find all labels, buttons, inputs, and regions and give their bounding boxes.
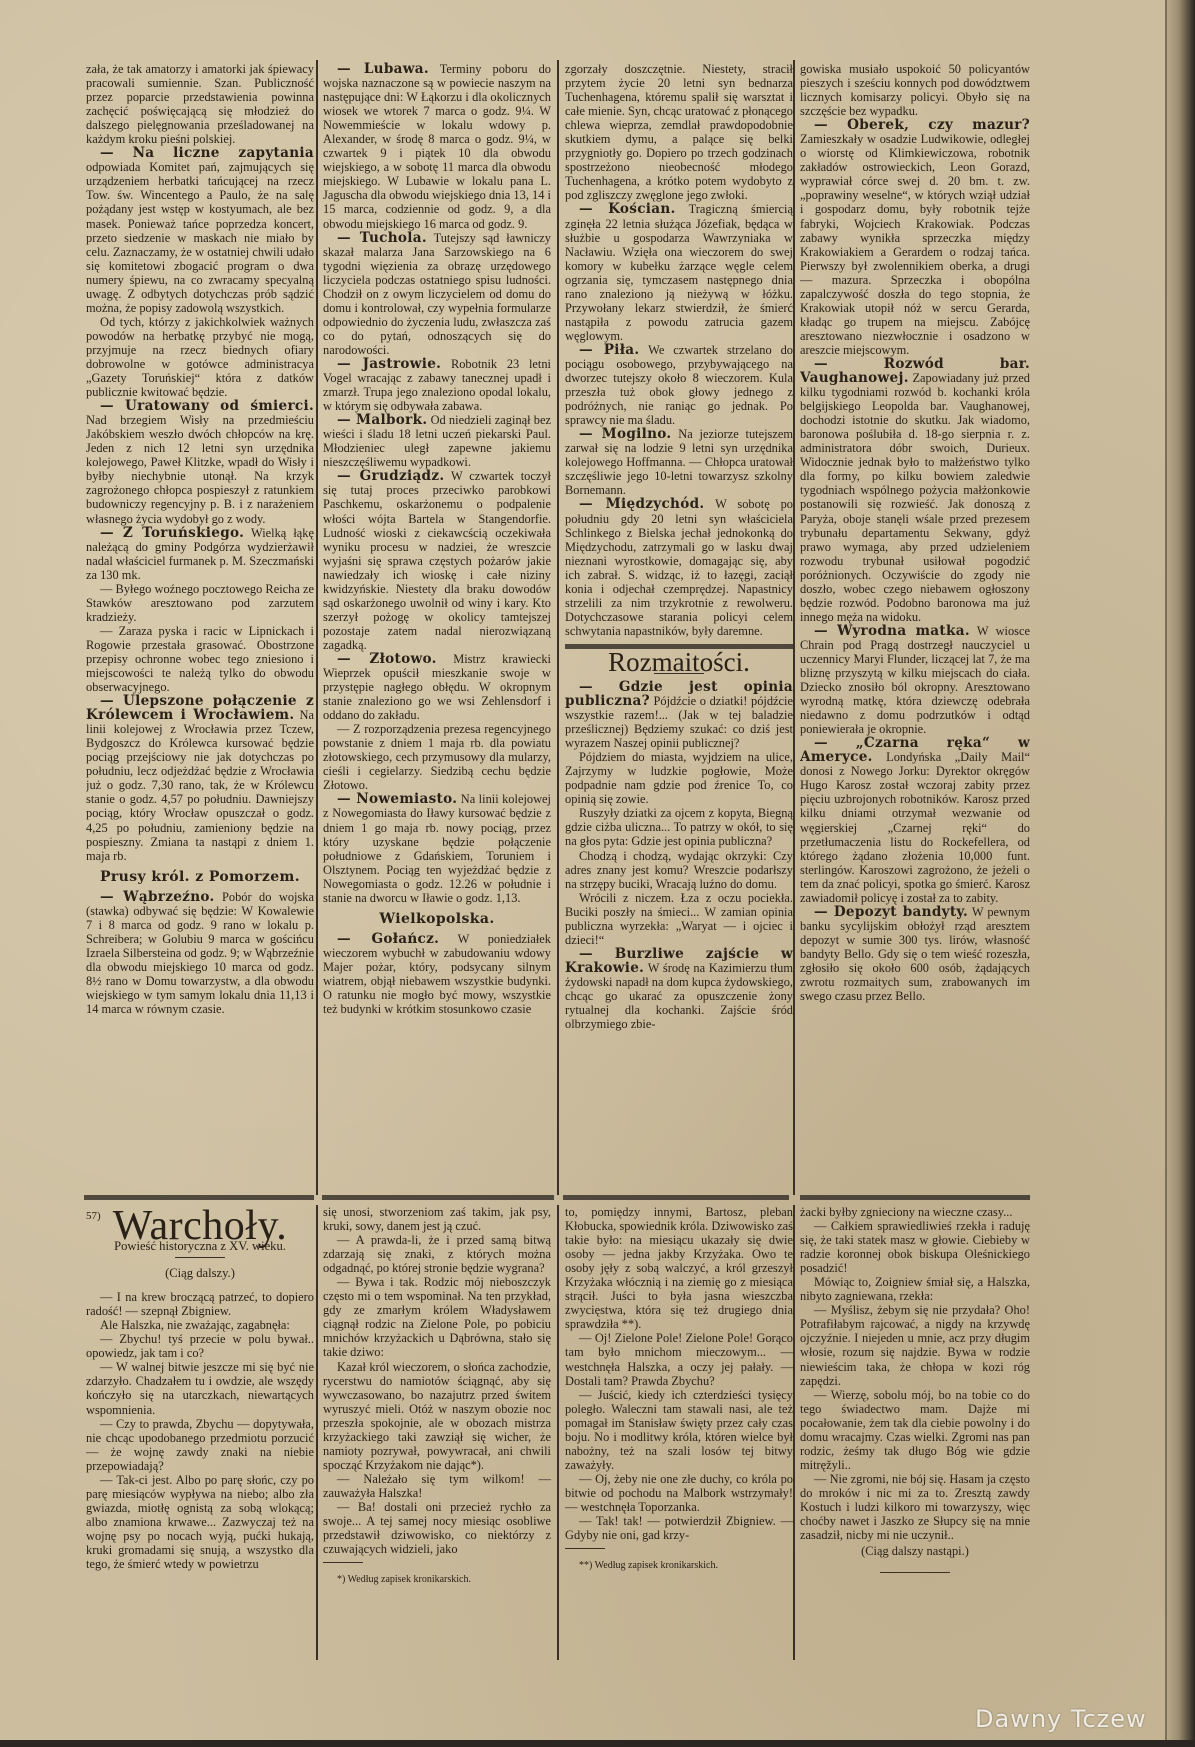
article-paragraph: — Lubawa. Terminy poboru do wojska nazna… bbox=[323, 62, 551, 231]
article-text: Pójdziem do miasta, wyjdziem na ulice, Z… bbox=[565, 750, 793, 806]
article-text: Tragiczną śmiercią zginęła 22 letnia słu… bbox=[565, 202, 793, 342]
article-paragraph: zgorzały doszczętnie. Niestety, stracił … bbox=[565, 62, 793, 202]
novel-continued-label: (Ciąg dalszy.) bbox=[86, 1266, 314, 1280]
article-paragraph: — Gdzie jest opinia publiczna? Pójdźcie … bbox=[565, 680, 793, 750]
section-divider bbox=[800, 1195, 1030, 1200]
novel-paragraph: — Nie zgromi, nie bój się. Hasam ja częs… bbox=[800, 1472, 1030, 1542]
article-text: Tutejszy sąd ławniczy skazał malarza Jan… bbox=[323, 231, 551, 357]
article-heading: — Mogilno. bbox=[579, 426, 671, 442]
novel-paragraph: — Zbychu! tyś przecie w polu bywał.. opo… bbox=[86, 1332, 314, 1360]
news-column-3: zgorzały doszczętnie. Niestety, stracił … bbox=[565, 62, 793, 1192]
novel-column-1: Warchoły. Powieść historyczna z XV. wiek… bbox=[86, 1205, 314, 1665]
article-text: Zamieszkały w osadzie Ludwikowie, odległ… bbox=[800, 132, 1030, 357]
article-paragraph: Pójdziem do miasta, wyjdziem na ulice, Z… bbox=[565, 750, 793, 806]
novel-paragraph: — I na krew broczącą patrzeć, to dopiero… bbox=[86, 1290, 314, 1318]
article-heading: — Na liczne zapytania bbox=[100, 145, 314, 161]
news-column-4: gowiska musiało uspokoić 50 policyantów … bbox=[800, 62, 1030, 1192]
article-paragraph: — Byłego woźnego pocztowego Reicha ze St… bbox=[86, 582, 314, 624]
article-paragraph: — Depozyt bandyty. W pewnym banku sycyli… bbox=[800, 905, 1030, 1003]
novel-paragraph: — W walnej bitwie jeszcze mi się być nie… bbox=[86, 1360, 314, 1416]
article-text: Zapowiadany już przed kilku tygodniami r… bbox=[800, 371, 1030, 624]
novel-paragraph: — Tak-ci jest. Albo po parę słońc, czy p… bbox=[86, 1473, 314, 1571]
article-text: W czwartek toczył się tutaj proces przec… bbox=[323, 469, 551, 652]
novel-paragraph: — Oj! Zielone Pole! Zielone Pole! Gorąco… bbox=[565, 1331, 793, 1387]
section-heading: Wielkopolska. bbox=[323, 912, 551, 926]
article-paragraph: — Piła. We czwartek strzelano do pociągu… bbox=[565, 343, 793, 427]
article-heading: — Złotowo. bbox=[337, 651, 437, 667]
article-text: odpowiada Komitet pań, zajmujących się u… bbox=[86, 160, 314, 314]
newspaper-page: zała, że tak amatorzy i amatorki jak śpi… bbox=[0, 0, 1167, 1740]
article-text: Na linii kolejowej z Wrocławia przez Tcz… bbox=[86, 708, 314, 862]
article-paragraph: — Kościan. Tragiczną śmiercią zginęła 22… bbox=[565, 202, 793, 342]
article-paragraph: — Uratowany od śmierci. Nad brzegiem Wis… bbox=[86, 399, 314, 525]
article-paragraph: — Wyrodna matka. W wiosce Chrain pod Pra… bbox=[800, 624, 1030, 736]
article-paragraph: gowiska musiało uspokoić 50 policyantów … bbox=[800, 62, 1030, 118]
novel-paragraph: to, pomiędzy innymi, Bartosz, pleban Kło… bbox=[565, 1205, 793, 1331]
article-text: Ruszyły dziatki za ojcem z kopyta, Biegn… bbox=[565, 806, 793, 848]
article-heading: — Nowemiasto. bbox=[337, 791, 457, 807]
watermark: Dawny Tczew bbox=[975, 1705, 1147, 1733]
section-title-rozmaitosci: Rozmaitości. bbox=[565, 655, 793, 669]
novel-column-2: się unosi, stworzeniom zaś takim, jak ps… bbox=[323, 1205, 551, 1645]
section-heading: Prusy król. z Pomorzem. bbox=[86, 870, 314, 884]
footnote: **) Według zapisek kronikarskich. bbox=[565, 1559, 793, 1573]
article-heading: — Uratowany od śmierci. bbox=[100, 398, 314, 414]
novel-paragraph: Kazał król wieczorem, o słońca zachodzie… bbox=[323, 1360, 551, 1472]
novel-paragraph: — Oj, żeby nie one złe duchy, co króla p… bbox=[565, 1472, 793, 1514]
article-heading: — Jastrowie. bbox=[337, 356, 441, 372]
novel-column-4: żacki byłby zgnieciony na wieczne czasy.… bbox=[800, 1205, 1030, 1665]
footnote-rule bbox=[323, 1562, 363, 1563]
article-paragraph: — Międzychód. W sobotę po południu gdy 2… bbox=[565, 497, 793, 637]
novel-paragraph: się unosi, stworzeniom zaś takim, jak ps… bbox=[323, 1205, 551, 1233]
scan-bottom-border bbox=[0, 1740, 1195, 1747]
footnote: *) Według zapisek kronikarskich. bbox=[323, 1573, 551, 1587]
title-rule bbox=[175, 1257, 225, 1258]
column-divider bbox=[793, 60, 795, 1195]
novel-paragraph: — Całkiem sprawiedliwieś rzekła i raduję… bbox=[800, 1219, 1030, 1275]
article-paragraph: — Zaraza pyska i racic w Lipnickach i Ro… bbox=[86, 624, 314, 694]
article-text: Wrócili z niczem. Łza z oczu pociekła. B… bbox=[565, 891, 793, 947]
column-divider bbox=[316, 60, 318, 1195]
article-paragraph: Chodzą i chodzą, wydając okrzyki: Czy ad… bbox=[565, 849, 793, 891]
novel-paragraph: — Tak! tak! — potwierdził Zbigniew. — Gd… bbox=[565, 1514, 793, 1542]
end-rule bbox=[880, 1572, 950, 1573]
article-heading: — Z Toruńskiego. bbox=[100, 525, 244, 541]
article-paragraph: Od tych, którzy z jakichkolwiek ważnych … bbox=[86, 315, 314, 399]
article-paragraph: — Nowemiasto. Na linii kolejowej z Noweg… bbox=[323, 792, 551, 904]
novel-subtitle: Powieść historyczna z XV. wieku. bbox=[86, 1239, 314, 1253]
article-text: gowiska musiało uspokoić 50 policyantów … bbox=[800, 62, 1030, 118]
article-text: Od tych, którzy z jakichkolwiek ważnych … bbox=[86, 315, 314, 399]
section-divider bbox=[84, 1195, 314, 1200]
novel-to-be-continued: (Ciąg dalszy nastąpi.) bbox=[800, 1544, 1030, 1558]
column-divider bbox=[316, 1205, 318, 1660]
article-paragraph: — Z Toruńskiego. Wielką łąkę należącą do… bbox=[86, 526, 314, 582]
column-divider bbox=[557, 1205, 559, 1660]
article-paragraph: — Tuchola. Tutejszy sąd ławniczy skazał … bbox=[323, 231, 551, 357]
article-heading: — Depozyt bandyty. bbox=[814, 904, 968, 920]
article-text: Terminy poboru do wojska naznaczone są w… bbox=[323, 62, 551, 231]
novel-paragraph: — Należało się tym wilkom! — zauważyła H… bbox=[323, 1472, 551, 1500]
novel-paragraph: — Bywa i tak. Rodzic mój nieboszczyk czę… bbox=[323, 1275, 551, 1359]
article-paragraph: zała, że tak amatorzy i amatorki jak śpi… bbox=[86, 62, 314, 146]
footnote-rule bbox=[565, 1548, 605, 1549]
article-text: zała, że tak amatorzy i amatorki jak śpi… bbox=[86, 62, 314, 146]
news-column-1: zała, że tak amatorzy i amatorki jak śpi… bbox=[86, 62, 314, 1192]
novel-paragraph: Mówiąc to, Zoigniew śmiał się, a Halszka… bbox=[800, 1275, 1030, 1303]
article-heading: — Wyrodna matka. bbox=[814, 623, 970, 639]
article-text: — Byłego woźnego pocztowego Reicha ze St… bbox=[86, 582, 314, 624]
article-text: — Z rozporządzenia prezesa regencyjnego … bbox=[323, 722, 551, 792]
article-text: Pobór do wojska (stawka) odbywać się będ… bbox=[86, 890, 314, 1016]
article-paragraph: — Jastrowie. Robotnik 23 letni Vogel wra… bbox=[323, 357, 551, 413]
article-paragraph: Wrócili z niczem. Łza z oczu pociekła. B… bbox=[565, 891, 793, 947]
article-heading: — Grudziądz. bbox=[337, 468, 444, 484]
article-paragraph: — Ulepszone połączenie z Królewcem i Wro… bbox=[86, 694, 314, 863]
article-text: Na linii kolejowej z Nowegomiasta do Iła… bbox=[323, 792, 551, 904]
article-paragraph: — Z rozporządzenia prezesa regencyjnego … bbox=[323, 722, 551, 792]
novel-paragraph: Ale Halszka, nie zważając, zagabnęła: bbox=[86, 1318, 314, 1332]
article-heading: — Kościan. bbox=[579, 201, 676, 217]
novel-paragraph: — Juścić, kiedy ich czterdzieści tysięcy… bbox=[565, 1388, 793, 1472]
article-paragraph: — Rozwód bar. Vaughanowej. Zapowiadany j… bbox=[800, 357, 1030, 624]
article-text: Chodzą i chodzą, wydając okrzyki: Czy ad… bbox=[565, 849, 793, 891]
page-binding-edge bbox=[1167, 0, 1195, 1747]
novel-paragraph: — Czy to prawda, Zbychu — dopytywała, ni… bbox=[86, 1417, 314, 1473]
article-paragraph: — Gołańcz. W poniedziałek wieczorem wybu… bbox=[323, 932, 551, 1016]
section-divider bbox=[563, 1195, 789, 1200]
novel-paragraph: — Ba! dostali oni przecież rychło za swo… bbox=[323, 1500, 551, 1556]
article-heading: — Międzychód. bbox=[579, 496, 704, 512]
article-heading: — Malbork. bbox=[337, 412, 427, 428]
article-heading: — Tuchola. bbox=[337, 230, 427, 246]
article-text: zgorzały doszczętnie. Niestety, stracił … bbox=[565, 62, 793, 202]
article-paragraph: — „Czarna ręka“ w Ameryce. Londyńska „Da… bbox=[800, 736, 1030, 905]
article-heading: — Piła. bbox=[579, 342, 639, 358]
article-text: W wiosce Chrain pod Pragą dostrzegł nauc… bbox=[800, 624, 1030, 736]
article-paragraph: — Mogilno. Na jeziorze tutejszem zarwał … bbox=[565, 427, 793, 497]
article-paragraph: — Burzliwe zajście w Krakowie. W środę n… bbox=[565, 947, 793, 1031]
novel-title: Warchoły. bbox=[86, 1219, 314, 1233]
novel-paragraph: — Wierzę, sobolu mój, bo na tobie co do … bbox=[800, 1388, 1030, 1472]
article-paragraph: — Złotowo. Mistrz krawiecki Wieprzek opu… bbox=[323, 652, 551, 722]
article-paragraph: — Grudziądz. W czwartek toczył się tutaj… bbox=[323, 469, 551, 652]
news-column-2: — Lubawa. Terminy poboru do wojska nazna… bbox=[323, 62, 551, 1192]
novel-column-3: to, pomiędzy innymi, Bartosz, pleban Kło… bbox=[565, 1205, 793, 1645]
article-heading: — Wąbrzeźno. bbox=[100, 889, 215, 905]
article-heading: — Ulepszone połączenie z Królewcem i Wro… bbox=[86, 693, 314, 723]
column-divider bbox=[793, 1205, 795, 1660]
article-paragraph: Ruszyły dziatki za ojcem z kopyta, Biegn… bbox=[565, 806, 793, 848]
novel-paragraph: — A prawda-li, że i przed samą bitwą zda… bbox=[323, 1233, 551, 1275]
article-heading: — Gołańcz. bbox=[337, 931, 439, 947]
article-text: W pewnym banku sycylijskim obłożył rząd … bbox=[800, 905, 1030, 1003]
article-paragraph: — Wąbrzeźno. Pobór do wojska (stawka) od… bbox=[86, 890, 314, 1016]
article-heading: — Lubawa. bbox=[337, 62, 429, 77]
column-divider bbox=[557, 60, 559, 1195]
article-heading: — Oberek, czy mazur? bbox=[814, 117, 1030, 133]
article-paragraph: — Na liczne zapytania odpowiada Komitet … bbox=[86, 146, 314, 315]
section-divider bbox=[565, 644, 793, 649]
novel-paragraph: — Myślisz, żebym się nie przydała? Oho! … bbox=[800, 1303, 1030, 1387]
novel-paragraph: żacki byłby zgnieciony na wieczne czasy.… bbox=[800, 1205, 1030, 1219]
article-text: Nad brzegiem Wisły na przedmieściu Jakób… bbox=[86, 413, 314, 525]
article-paragraph: — Oberek, czy mazur? Zamieszkały w osadz… bbox=[800, 118, 1030, 357]
article-text: W sobotę po południu gdy 20 letni syn wł… bbox=[565, 497, 793, 637]
article-text: Londyńska „Daily Mail“ donosi z Nowego J… bbox=[800, 750, 1030, 904]
section-divider bbox=[322, 1195, 554, 1200]
article-text: — Zaraza pyska i racic w Lipnickach i Ro… bbox=[86, 624, 314, 694]
article-paragraph: — Malbork. Od niedzieli zaginął bez wieś… bbox=[323, 413, 551, 469]
